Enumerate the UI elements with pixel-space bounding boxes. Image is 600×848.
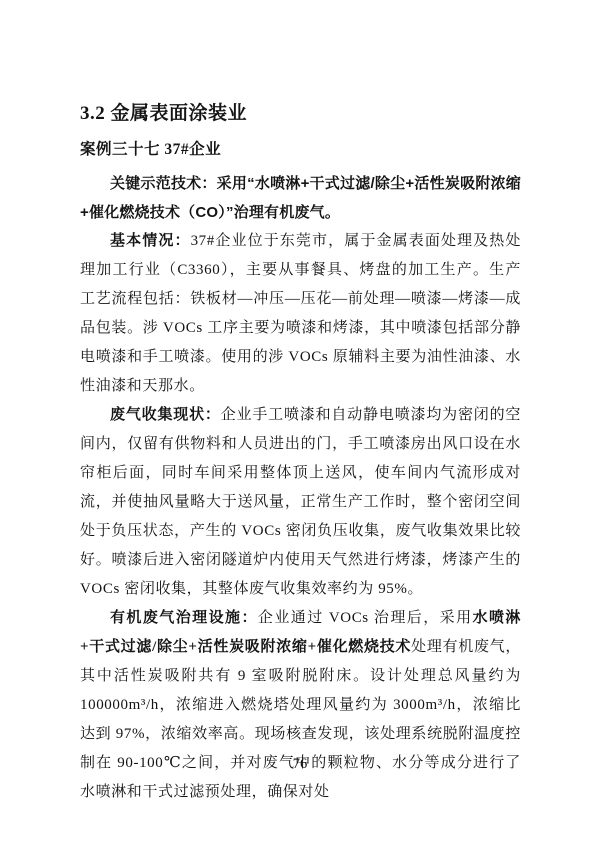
text-run: 企业通过 VOCs 治理后，采用 xyxy=(258,610,473,626)
paragraph: 废气收集现状：企业手工喷漆和自动静电喷漆均为密闭的空间内，仅留有供物料和人员进出… xyxy=(80,401,521,604)
case-heading: 案例三十七 37#企业 xyxy=(80,138,521,162)
text-run: 企业手工喷漆和自动静电喷漆均为密闭的空间内，仅留有供物料和人员进出的门，手工喷漆… xyxy=(80,407,521,597)
text-run: 37#企业位于东莞市，属于金属表面处理及热处理加工行业（C3360），主要从事餐… xyxy=(80,233,521,394)
paragraph: 有机废气治理设施：企业通过 VOCs 治理后，采用水喷淋+干式过滤/除尘+活性炭… xyxy=(80,604,521,807)
page-content: 3.2 金属表面涂装业 案例三十七 37#企业 关键示范技术：采用“水喷淋+干式… xyxy=(80,100,521,807)
paragraphs-container: 关键示范技术：采用“水喷淋+干式过滤/除尘+活性炭吸附浓缩+催化燃烧技术（CO）… xyxy=(80,169,521,807)
text-run: 有机废气治理设施： xyxy=(110,610,258,626)
text-run: 基本情况： xyxy=(110,233,191,249)
paragraph: 基本情况：37#企业位于东莞市，属于金属表面处理及热处理加工行业（C3360），… xyxy=(80,227,521,401)
document-page: 3.2 金属表面涂装业 案例三十七 37#企业 关键示范技术：采用“水喷淋+干式… xyxy=(0,0,600,848)
paragraph: 关键示范技术：采用“水喷淋+干式过滤/除尘+活性炭吸附浓缩+催化燃烧技术（CO）… xyxy=(80,169,521,227)
text-run: 关键示范技术：采用“水喷淋+干式过滤/除尘+活性炭吸附浓缩+催化燃烧技术（CO）… xyxy=(80,175,521,221)
text-run: 废气收集现状： xyxy=(110,407,221,423)
page-number: 76 xyxy=(0,754,600,774)
section-heading: 3.2 金属表面涂装业 xyxy=(80,100,521,127)
text-run: 处理有机废气，其中活性炭吸附共有 9 室吸附脱附床。设计处理总风量约为 1000… xyxy=(80,639,521,800)
